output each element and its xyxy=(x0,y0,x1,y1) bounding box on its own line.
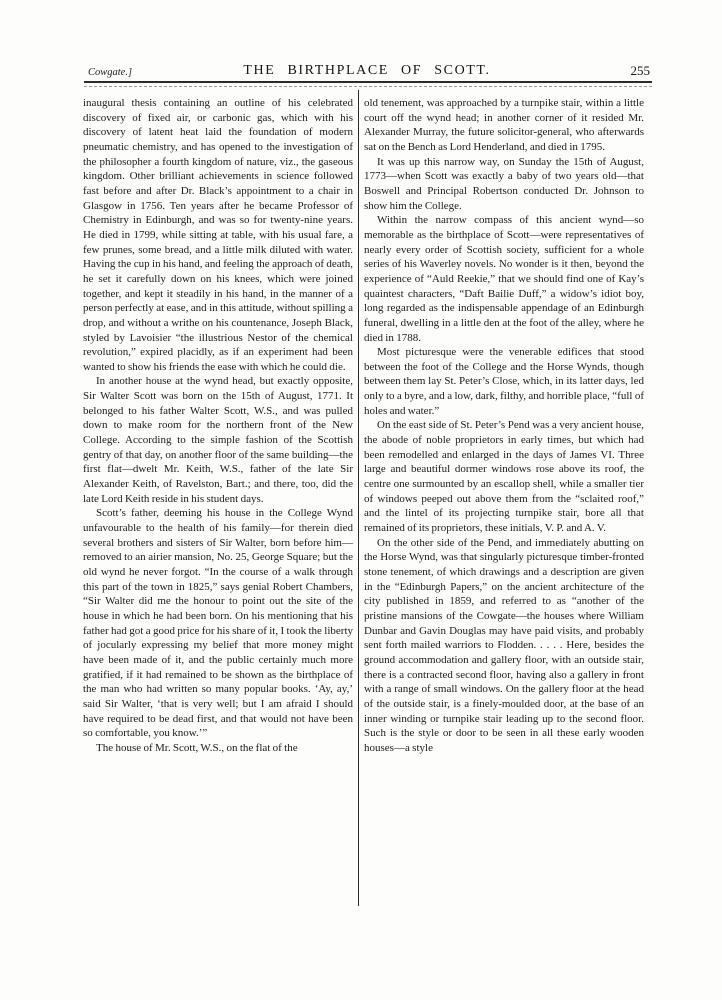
left-column: inaugural thesis containing an outline o… xyxy=(83,96,353,756)
paragraph: Within the narrow compass of this ancien… xyxy=(364,213,644,345)
header-rule-shadow xyxy=(84,86,652,87)
paragraph: On the other side of the Pend, and immed… xyxy=(364,536,644,756)
paragraph: It was up this narrow way, on Sunday the… xyxy=(364,155,644,214)
right-column: old tenement, was approached by a turnpi… xyxy=(364,96,644,756)
column-divider-rule xyxy=(358,90,359,906)
page-title: THE BIRTHPLACE OF SCOTT. xyxy=(84,63,650,79)
header-rule xyxy=(84,81,652,83)
page-number: 255 xyxy=(631,63,651,79)
paragraph: Most picturesque were the venerable edif… xyxy=(364,345,644,418)
paragraph: The house of Mr. Scott, W.S., on the fla… xyxy=(83,741,353,756)
paragraph: On the east side of St. Peter’s Pend was… xyxy=(364,418,644,535)
book-page: Cowgate.] THE BIRTHPLACE OF SCOTT. 255 i… xyxy=(0,0,722,1000)
paragraph: In another house at the wynd head, but e… xyxy=(83,374,353,506)
running-header: Cowgate.] THE BIRTHPLACE OF SCOTT. 255 xyxy=(84,60,650,80)
paragraph: Scott’s father, deeming his house in the… xyxy=(83,506,353,741)
paragraph: old tenement, was approached by a turnpi… xyxy=(364,96,644,155)
paragraph: inaugural thesis containing an outline o… xyxy=(83,96,353,374)
